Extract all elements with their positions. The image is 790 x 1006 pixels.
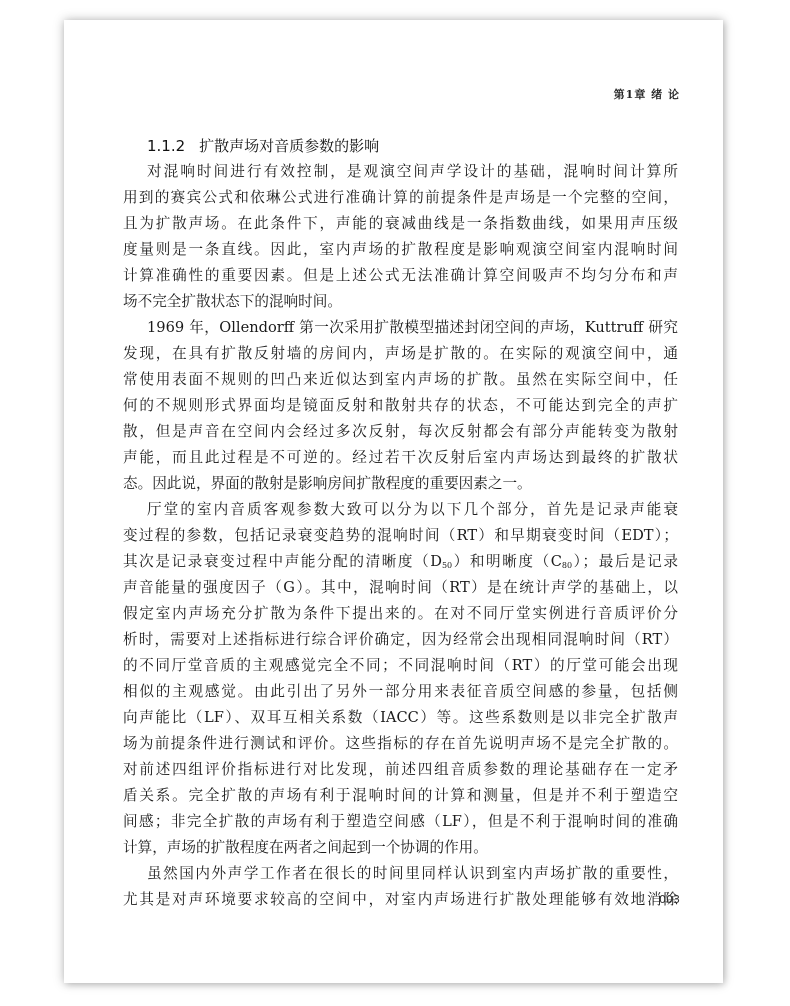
- text-line: 相似的主观感觉。由此引出了另外一部分用来表征音质空间感的参量，包括侧: [123, 681, 678, 703]
- text-line: 态。因此说，界面的散射是影响房间扩散程度的重要因素之一。: [123, 473, 678, 495]
- text-line: 析时，需要对上述指标进行综合评价确定，因为经常会出现相同混响时间（RT）: [123, 629, 678, 651]
- text-line: 声能，而且此过程是不可逆的。经过若干次反射后室内声场达到最终的扩散状: [123, 447, 678, 469]
- text-line: 虽然国内外声学工作者在很长的时间里同样认识到室内声场扩散的重要性，: [147, 863, 678, 885]
- text-line: 尤其是对声环境要求较高的空间中，对室内声场进行扩散处理能够有效地消除: [123, 889, 678, 911]
- text-line: 盾关系。完全扩散的声场有利于混响时间的计算和测量，但是并不利于塑造空: [123, 785, 678, 807]
- page-number: 003: [620, 893, 680, 906]
- text-line: 变过程的参数，包括记录衰变趋势的混响时间（RT）和早期衰变时间（EDT）；: [123, 525, 678, 547]
- text-line: 场不完全扩散状态下的混响时间。: [123, 291, 678, 313]
- text-line: 且为扩散声场。在此条件下，声能的衰减曲线是一条指数曲线，如果用声压级: [123, 213, 678, 235]
- running-head: 第1章 绪 论: [560, 86, 680, 102]
- text-line: 散，但是声音在空间内会经过多次反射，每次反射都会有部分声能转变为散射: [123, 421, 678, 443]
- text-line: 对混响时间进行有效控制，是观演空间声学设计的基础，混响时间计算所: [147, 161, 678, 183]
- text-line: 场为前提条件进行测试和评价。这些指标的存在首先说明声场不是完全扩散的。: [123, 733, 678, 755]
- section-number: 1.1.2: [147, 137, 185, 155]
- text-line-clarity: 其次是记录衰变过程中声能分配的清晰度（D50）和明晰度（C80）；最后是记录: [123, 551, 678, 573]
- text-line: 1969 年，Ollendorff 第一次采用扩散模型描述封闭空间的声场，Kut…: [147, 317, 678, 339]
- text-line: 用到的赛宾公式和依琳公式进行准确计算的前提条件是声场是一个完整的空间，: [123, 187, 678, 209]
- section-heading: 1.1.2扩散声场对音质参数的影响: [147, 135, 379, 156]
- text-line: 间感；非完全扩散的声场有利于塑造空间感（LF），但是不利于混响时间的准确: [123, 811, 678, 833]
- text-line: 的不同厅堂音质的主观感觉完全不同；不同混响时间（RT）的厅堂可能会出现: [123, 655, 678, 677]
- text-line: 对前述四组评价指标进行对比发现，前述四组音质参数的理论基础存在一定矛: [123, 759, 678, 781]
- text-line: 何的不规则形式界面均是镜面反射和散射共存的状态，不可能达到完全的声扩: [123, 395, 678, 417]
- text-line: 度量则是一条直线。因此，室内声场的扩散程度是影响观演空间室内混响时间: [123, 239, 678, 261]
- text-line: 计算，声场的扩散程度在两者之间起到一个协调的作用。: [123, 837, 678, 859]
- text-line: 向声能比（LF）、双耳互相关系数（IACC）等。这些系数则是以非完全扩散声: [123, 707, 678, 729]
- text-line: 厅堂的室内音质客观参数大致可以分为以下几个部分，首先是记录声能衰: [147, 499, 678, 521]
- text-line: 常使用表面不规则的凹凸来近似达到室内声场的扩散。虽然在实际空间中，任: [123, 369, 678, 391]
- section-title: 扩散声场对音质参数的影响: [199, 137, 379, 155]
- text-line: 计算准确性的重要因素。但是上述公式无法准确计算空间吸声不均匀分布和声: [123, 265, 678, 287]
- text-line: 声音能量的强度因子（G）。其中，混响时间（RT）是在统计声学的基础上，以: [123, 577, 678, 599]
- text-line: 发现，在具有扩散反射墙的房间内，声场是扩散的。在实际的观演空间中，通: [123, 343, 678, 365]
- text-line: 假定室内声场充分扩散为条件下提出来的。在对不同厅堂实例进行音质评价分: [123, 603, 678, 625]
